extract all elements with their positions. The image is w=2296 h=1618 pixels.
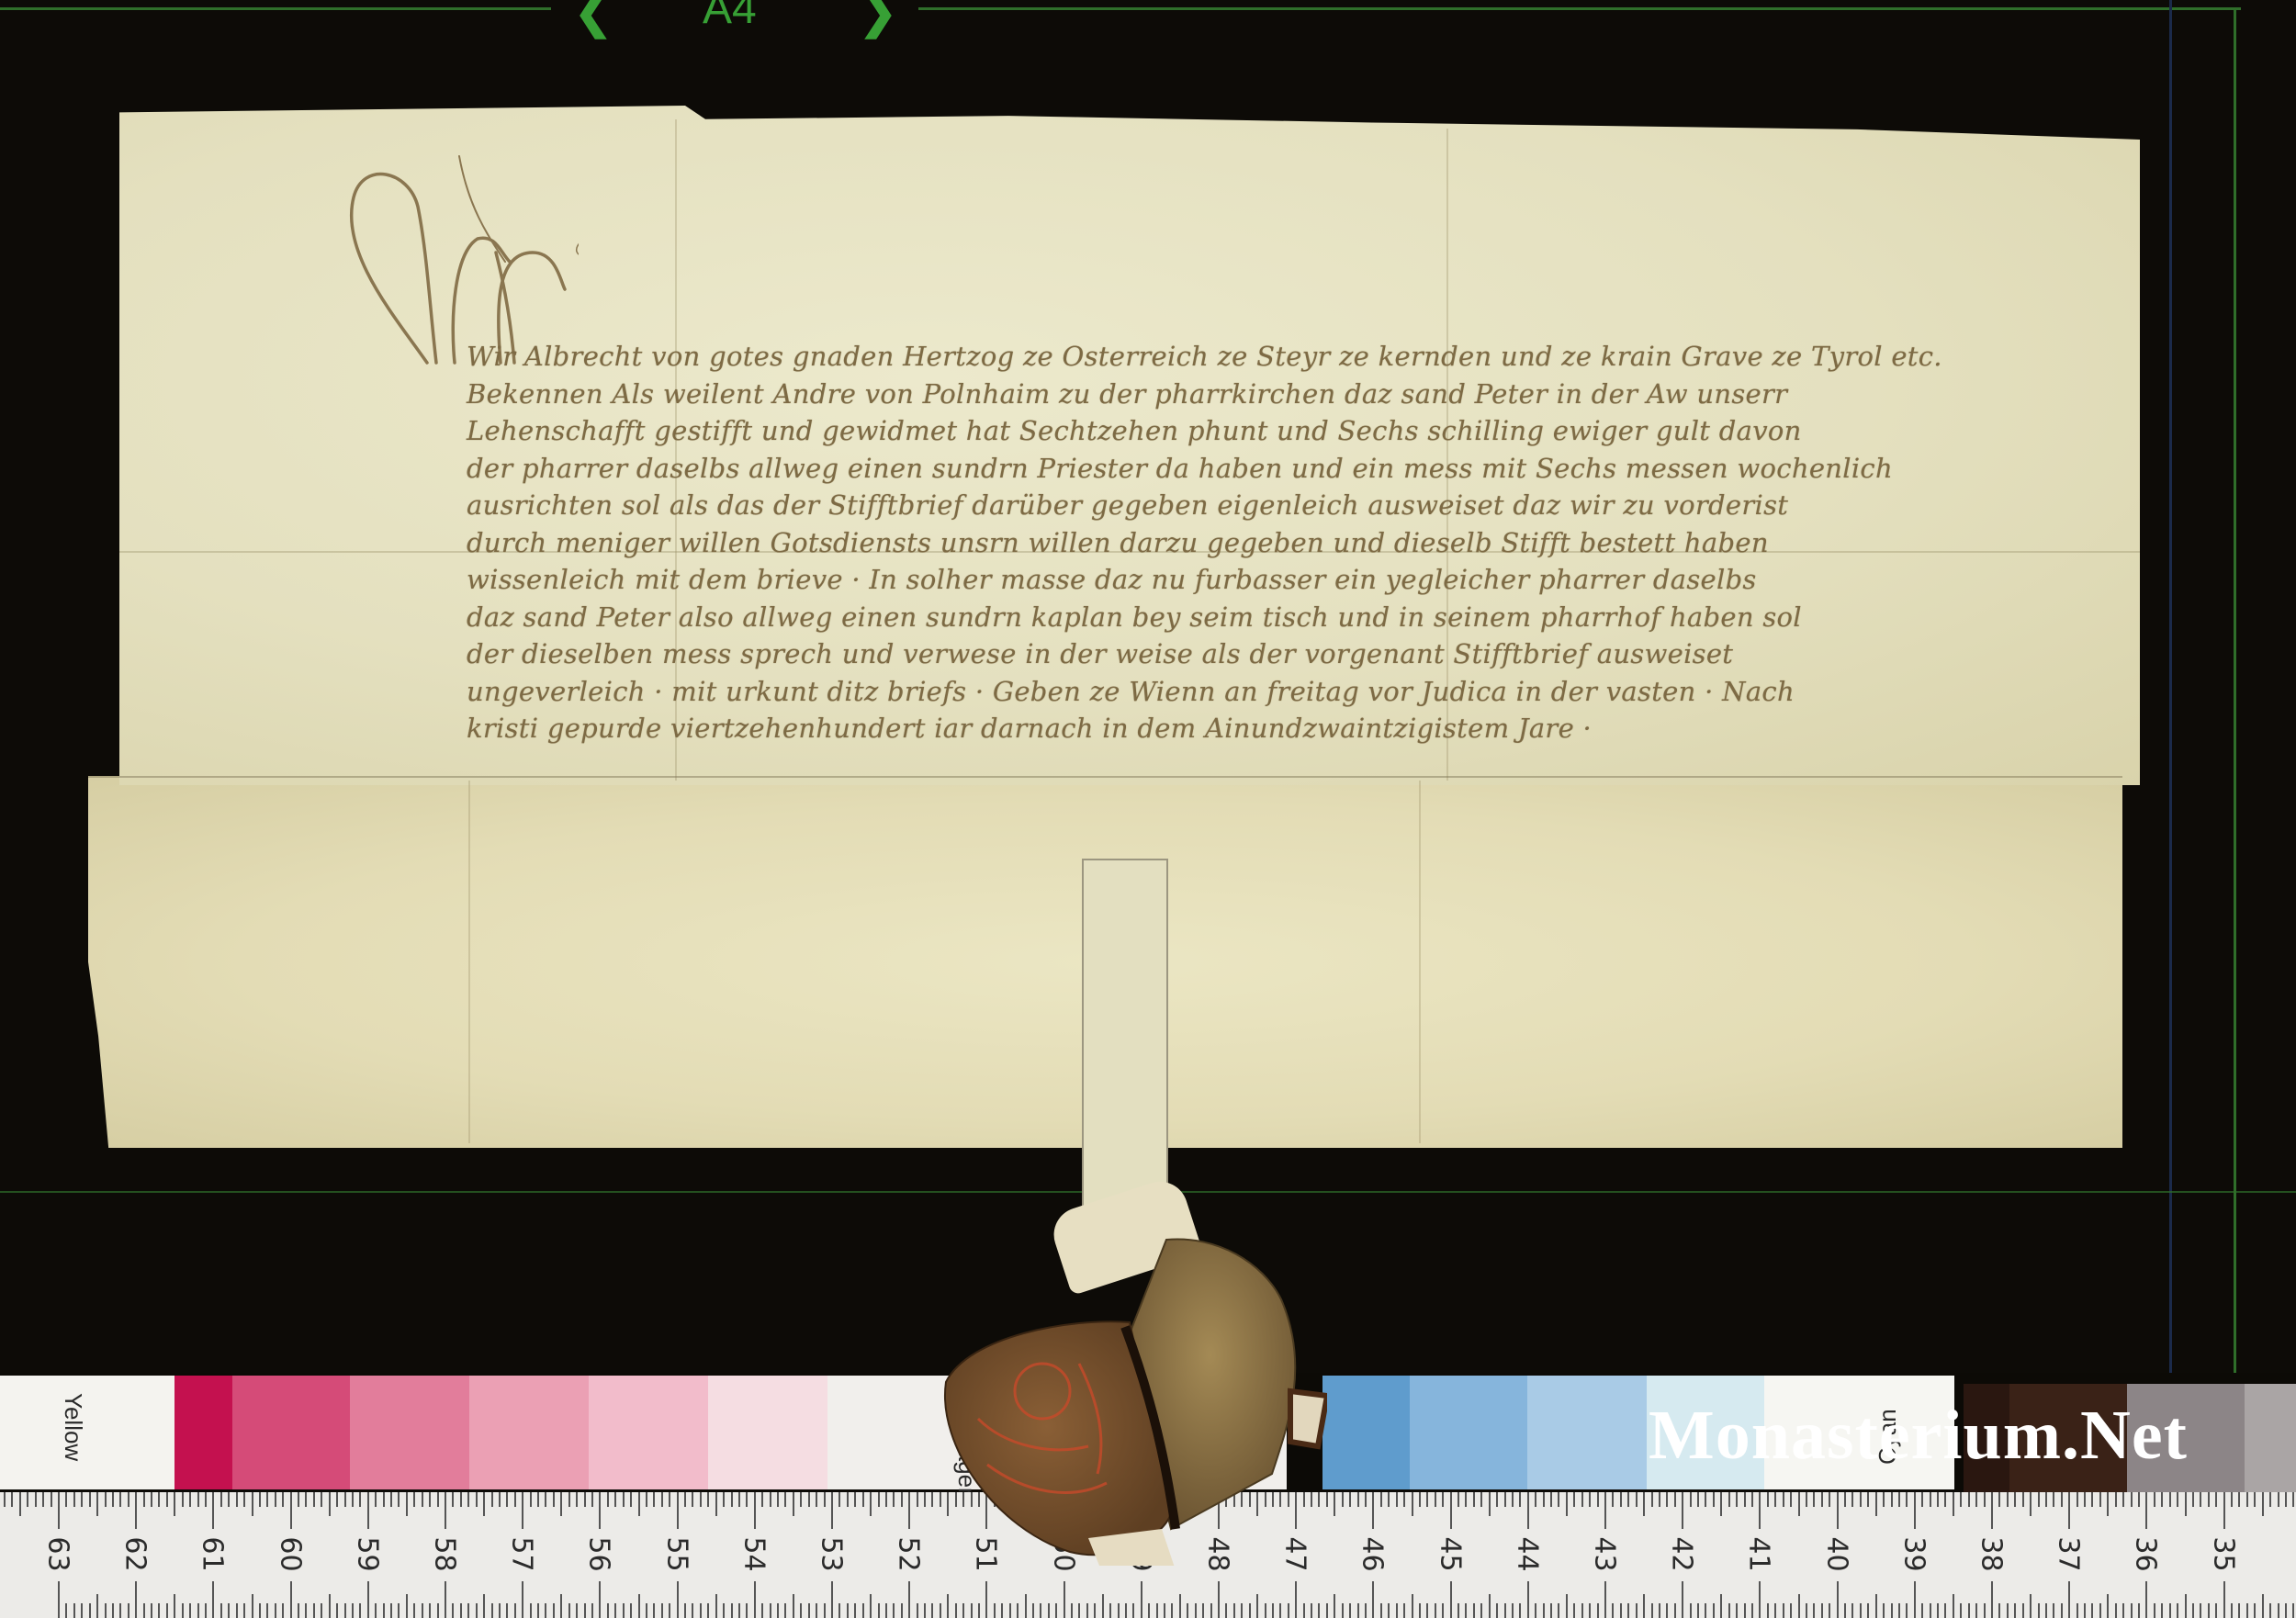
ruler-tick: [1442, 1603, 1444, 1618]
ruler-tick: [1627, 1603, 1629, 1618]
ruler-tick: [1573, 1603, 1575, 1618]
ruler-tick: [1620, 1492, 1622, 1507]
ruler-tick: [2099, 1603, 2101, 1618]
ruler-tick: [1914, 1581, 1916, 1618]
ruler-tick: [1813, 1603, 1815, 1618]
ruler-tick: [1666, 1492, 1668, 1507]
ruler-tick: [1458, 1492, 1459, 1507]
ruler-tick: [375, 1492, 377, 1507]
ruler-tick: [931, 1492, 933, 1507]
ruler-tick: [119, 1603, 121, 1618]
ruler-tick: [1937, 1603, 1939, 1618]
ruler-tick: [1326, 1603, 1328, 1618]
ruler-tick: [1357, 1492, 1359, 1507]
ruler-tick: [359, 1603, 361, 1618]
ruler-tick: [1682, 1581, 1683, 1618]
ruler-tick: [445, 1492, 446, 1529]
ruler-tick: [81, 1603, 83, 1618]
ruler-tick: [1303, 1603, 1305, 1618]
ruler-tick: [128, 1603, 129, 1618]
ruler-tick: [452, 1603, 454, 1618]
ruler-tick: [1581, 1492, 1583, 1507]
ruler-tick: [2215, 1603, 2217, 1618]
ruler-tick: [205, 1492, 207, 1507]
ruler-tick: [158, 1603, 160, 1618]
ruler-tick: [1837, 1492, 1839, 1529]
ruler-tick: [1342, 1603, 1344, 1618]
ruler-tick: [228, 1603, 230, 1618]
ruler-tick: [2185, 1492, 2187, 1516]
ruler-tick: [901, 1603, 903, 1618]
ruler-tick: [1233, 1603, 1235, 1618]
ruler-tick: [305, 1492, 307, 1507]
ruler-tick: [978, 1603, 980, 1618]
ruler-tick: [96, 1492, 98, 1516]
ruler-tick: [1968, 1492, 1970, 1507]
ruler-tick: [422, 1492, 423, 1507]
ruler-tick: [1249, 1603, 1251, 1618]
ruler-tick: [2122, 1492, 2124, 1507]
ruler-tick: [112, 1603, 114, 1618]
ruler-tick: [669, 1492, 670, 1507]
ruler-tick: [1543, 1603, 1545, 1618]
ruler-tick: [1465, 1492, 1467, 1507]
ruler-number: 62: [119, 1536, 152, 1573]
arrow-left-icon: ❮: [574, 0, 613, 39]
ruler-tick: [2269, 1492, 2271, 1507]
ruler-tick: [1604, 1581, 1606, 1618]
ruler-tick: [1783, 1603, 1784, 1618]
ruler-tick: [1435, 1603, 1436, 1618]
ruler-tick: [885, 1603, 887, 1618]
ruler-tick: [623, 1603, 625, 1618]
ruler-tick: [1705, 1603, 1706, 1618]
ruler-tick: [924, 1603, 926, 1618]
ruler-tick: [1403, 1603, 1405, 1618]
ruler-tick: [2238, 1603, 2240, 1618]
ruler-tick: [1357, 1603, 1359, 1618]
ruler-tick: [437, 1492, 439, 1507]
ruler-tick: [2007, 1492, 2009, 1507]
ruler-tick: [1102, 1594, 1104, 1618]
ruler-tick: [305, 1603, 307, 1618]
ruler-tick: [1442, 1492, 1444, 1507]
ruler-tick: [1860, 1603, 1862, 1618]
ruler-tick: [197, 1603, 199, 1618]
ruler-tick: [483, 1594, 485, 1618]
ruler-tick: [614, 1492, 616, 1507]
ruler-tick: [1032, 1603, 1034, 1618]
ruler-tick: [298, 1492, 299, 1507]
ruler-tick: [2231, 1603, 2233, 1618]
ruler-tick: [344, 1492, 346, 1507]
scanner-guide-top-left: [0, 7, 551, 10]
ruler-tick: [1334, 1492, 1335, 1516]
ruler-tick: [398, 1603, 400, 1618]
ruler-tick: [854, 1603, 856, 1618]
ruler-tick: [1295, 1581, 1297, 1618]
ruler-tick: [1349, 1492, 1351, 1507]
ruler-tick: [81, 1492, 83, 1507]
ruler-tick: [1891, 1603, 1893, 1618]
ruler-tick: [19, 1492, 21, 1516]
ruler-tick: [1202, 1603, 1204, 1618]
ruler-tick: [2030, 1594, 2032, 1618]
ruler-tick: [1450, 1492, 1452, 1529]
ruler-tick: [824, 1492, 826, 1507]
cyan-patch: [1527, 1376, 1647, 1489]
ruler-tick: [422, 1603, 423, 1618]
yellow-label: Yellow: [59, 1393, 87, 1461]
ruler-tick: [2215, 1492, 2217, 1507]
ruler-tick: [197, 1492, 199, 1507]
ruler-tick: [1844, 1492, 1846, 1507]
ruler-tick: [731, 1603, 733, 1618]
ruler-tick: [313, 1603, 315, 1618]
ruler-tick: [770, 1492, 771, 1507]
ruler-tick: [352, 1603, 354, 1618]
wax-seal: [941, 1235, 1327, 1566]
ruler-tick: [1535, 1492, 1536, 1507]
ruler-tick: [313, 1492, 315, 1507]
ruler-tick: [1720, 1492, 1722, 1516]
ruler-tick: [367, 1492, 369, 1529]
ruler-tick: [924, 1492, 926, 1507]
ruler-tick: [151, 1603, 152, 1618]
ruler-tick: [2145, 1581, 2147, 1618]
ruler-tick: [1975, 1492, 1977, 1507]
ruler-tick: [2177, 1492, 2178, 1507]
ruler-tick: [1365, 1492, 1367, 1507]
ruler-tick: [135, 1492, 137, 1529]
ruler-tick: [1094, 1603, 1096, 1618]
ruler-tick: [1783, 1492, 1784, 1507]
ruler-tick: [1473, 1603, 1475, 1618]
ruler-tick: [800, 1492, 802, 1507]
ruler-tick: [105, 1492, 107, 1507]
ruler-tick: [1806, 1492, 1807, 1507]
ruler-tick: [638, 1594, 640, 1618]
ruler-tick: [1504, 1492, 1506, 1507]
ruler-tick: [1017, 1603, 1019, 1618]
ruler-tick: [1728, 1603, 1730, 1618]
ruler-tick: [560, 1594, 562, 1618]
ruler-tick: [352, 1492, 354, 1507]
ruler-tick: [1690, 1492, 1692, 1507]
ruler-tick: [259, 1492, 261, 1507]
ruler-tick: [321, 1603, 322, 1618]
ruler-tick: [1620, 1603, 1622, 1618]
ruler-tick: [522, 1492, 523, 1529]
ruler-tick: [917, 1603, 918, 1618]
ruler-tick: [1412, 1594, 1413, 1618]
ruler-tick: [1612, 1603, 1614, 1618]
ruler-tick: [1984, 1603, 1986, 1618]
magenta-patch: [469, 1376, 589, 1489]
ruler-tick: [1597, 1603, 1599, 1618]
ruler-tick: [1944, 1492, 1946, 1507]
ruler-number: 61: [197, 1536, 229, 1573]
ruler-tick: [1636, 1492, 1638, 1507]
ruler-tick: [1953, 1594, 1954, 1618]
ruler-number: 36: [2130, 1536, 2162, 1573]
ruler-tick: [1806, 1603, 1807, 1618]
ruler-tick: [560, 1492, 562, 1516]
ruler-tick: [1860, 1492, 1862, 1507]
ruler-tick: [205, 1603, 207, 1618]
text-line: durch meniger willen Gotsdiensts unsrn w…: [467, 524, 2009, 562]
ruler-tick: [1566, 1492, 1568, 1516]
ruler-tick: [143, 1492, 145, 1507]
ruler-tick: [2262, 1594, 2264, 1618]
ruler-tick: [128, 1492, 129, 1507]
ruler-tick: [2185, 1594, 2187, 1618]
ruler-tick: [1968, 1603, 1970, 1618]
ruler-tick: [777, 1492, 779, 1507]
ruler-tick: [684, 1492, 686, 1507]
ruler-tick: [158, 1492, 160, 1507]
ruler-tick: [870, 1594, 872, 1618]
scanner-guide-right-blue: [2169, 0, 2172, 1373]
ruler-tick: [931, 1603, 933, 1618]
ruler-tick: [1048, 1603, 1050, 1618]
ruler-tick: [406, 1492, 408, 1516]
ruler-tick: [282, 1492, 284, 1507]
ruler-tick: [1728, 1492, 1730, 1507]
ruler-tick: [1659, 1603, 1660, 1618]
ruler-tick: [1991, 1492, 1993, 1529]
ruler-tick: [653, 1603, 655, 1618]
a4-label: A4: [703, 0, 757, 34]
ruler-tick: [1774, 1492, 1776, 1507]
ruler-tick: [1636, 1603, 1638, 1618]
ruler-tick: [460, 1603, 462, 1618]
ruler-tick: [1288, 1603, 1289, 1618]
ruler-tick: [2022, 1603, 2024, 1618]
ruler-number: 38: [1975, 1536, 2008, 1573]
ruler-tick: [383, 1492, 385, 1507]
text-line: Lehenschafft gestifft und gewidmet hat S…: [467, 412, 2009, 450]
ruler-tick: [940, 1603, 941, 1618]
ruler-tick: [476, 1492, 478, 1507]
ruler-tick: [917, 1492, 918, 1507]
ruler-tick: [607, 1492, 609, 1507]
ruler-tick: [591, 1603, 593, 1618]
ruler-tick: [661, 1603, 663, 1618]
ruler-tick: [870, 1492, 872, 1516]
ruler-tick: [1311, 1603, 1312, 1618]
ruler-tick: [553, 1603, 555, 1618]
ruler-tick: [499, 1492, 501, 1507]
ruler-tick: [1412, 1492, 1413, 1516]
ruler-tick: [336, 1492, 338, 1507]
ruler-tick: [1713, 1492, 1715, 1507]
ruler-tick: [847, 1492, 849, 1507]
yellow-label-patch: [0, 1376, 174, 1489]
ruler-tick: [1118, 1603, 1120, 1618]
ruler-tick: [653, 1492, 655, 1507]
ruler-tick: [1991, 1581, 1993, 1618]
ruler-tick: [2014, 1492, 2016, 1507]
ruler-tick: [42, 1492, 44, 1507]
ruler-tick: [1906, 1492, 1908, 1507]
ruler-tick: [1109, 1603, 1111, 1618]
ruler-tick: [2154, 1492, 2155, 1507]
text-line: Wir Albrecht von gotes gnaden Hertzog ze…: [467, 338, 2009, 376]
ruler-tick: [1984, 1492, 1986, 1507]
ruler-tick: [808, 1492, 810, 1507]
ruler-tick: [1566, 1594, 1568, 1618]
ruler-tick: [398, 1492, 400, 1507]
ruler-tick: [1597, 1492, 1599, 1507]
ruler-tick: [2278, 1492, 2279, 1507]
ruler-number: 58: [429, 1536, 461, 1573]
ruler-tick: [878, 1492, 880, 1507]
ruler-tick: [1535, 1603, 1536, 1618]
ruler-tick: [576, 1492, 578, 1507]
ruler-tick: [761, 1603, 763, 1618]
ruler-tick: [243, 1492, 245, 1507]
ruler-tick: [707, 1603, 709, 1618]
ruler-tick: [1851, 1603, 1853, 1618]
ruler-tick: [73, 1603, 75, 1618]
ruler-tick: [838, 1603, 840, 1618]
ruler-tick: [1790, 1603, 1792, 1618]
ruler-tick: [1898, 1603, 1900, 1618]
ruler-tick: [282, 1603, 284, 1618]
a4-format-marker: ❮ A4 ❯: [565, 0, 914, 29]
ruler-tick: [784, 1603, 786, 1618]
ruler-tick: [692, 1492, 693, 1507]
ruler-tick: [1372, 1492, 1374, 1529]
ruler-tick: [831, 1492, 833, 1529]
ruler-number: 52: [893, 1536, 925, 1573]
ruler-tick: [1589, 1492, 1591, 1507]
ruler-tick: [2077, 1492, 2078, 1507]
ruler-tick: [1388, 1603, 1390, 1618]
ruler-tick: [2084, 1603, 2086, 1618]
ruler-tick: [1171, 1603, 1173, 1618]
ruler-tick: [1774, 1603, 1776, 1618]
ruler-tick: [1009, 1603, 1011, 1618]
ruler-tick: [1914, 1492, 1916, 1529]
ruler-tick: [1225, 1603, 1227, 1618]
ruler-tick: [1937, 1492, 1939, 1507]
ruler-tick: [2192, 1603, 2194, 1618]
ruler-tick: [406, 1594, 408, 1618]
ruler-tick: [646, 1492, 647, 1507]
ruler-tick: [445, 1581, 446, 1618]
ruler-tick: [1365, 1603, 1367, 1618]
ruler-tick: [2053, 1492, 2054, 1507]
ruler-tick: [854, 1492, 856, 1507]
text-line: kristi gepurde viertzehenhundert iar dar…: [467, 710, 2009, 747]
ruler-tick: [1906, 1603, 1908, 1618]
ruler-tick: [2045, 1492, 2047, 1507]
ruler-tick: [1829, 1603, 1830, 1618]
ruler-tick: [252, 1492, 253, 1516]
ruler-tick: [893, 1492, 895, 1507]
ruler-tick: [2254, 1603, 2256, 1618]
ruler-tick: [1148, 1603, 1150, 1618]
ruler-tick: [1705, 1492, 1706, 1507]
ruler-tick: [2246, 1603, 2248, 1618]
ruler-tick: [266, 1492, 268, 1507]
ruler-tick: [545, 1603, 546, 1618]
ruler-number: 57: [506, 1536, 538, 1573]
ruler-tick: [2022, 1492, 2024, 1507]
ruler-tick: [1396, 1603, 1398, 1618]
ruler-tick: [1837, 1581, 1839, 1618]
ruler-tick: [692, 1603, 693, 1618]
ruler-tick: [1040, 1603, 1041, 1618]
ruler-tick: [1334, 1594, 1335, 1618]
text-line: ungeverleich · mit urkunt ditz briefs · …: [467, 673, 2009, 711]
ruler-tick: [65, 1492, 67, 1507]
ruler-tick: [243, 1603, 245, 1618]
ruler-tick: [2192, 1492, 2194, 1507]
ruler-tick: [1480, 1492, 1482, 1507]
ruler-tick: [908, 1492, 910, 1529]
ruler-tick: [777, 1603, 779, 1618]
ruler-tick: [1342, 1492, 1344, 1507]
ruler-number: 53: [816, 1536, 848, 1573]
ruler-tick: [290, 1581, 292, 1618]
ruler-tick: [1179, 1594, 1181, 1618]
ruler-tick: [878, 1603, 880, 1618]
ruler-tick: [506, 1603, 508, 1618]
ruler-tick: [344, 1603, 346, 1618]
ruler-tick: [2231, 1492, 2233, 1507]
ruler-tick: [2177, 1603, 2178, 1618]
ruler-tick: [390, 1603, 392, 1618]
ruler-tick: [1627, 1492, 1629, 1507]
ruler-tick: [1944, 1603, 1946, 1618]
ruler-tick: [2161, 1603, 2163, 1618]
ruler-tick: [599, 1492, 601, 1529]
ruler-tick: [1504, 1603, 1506, 1618]
ruler-tick: [715, 1594, 717, 1618]
ruler-tick: [298, 1603, 299, 1618]
ruler-tick: [985, 1581, 987, 1618]
ruler-tick: [2278, 1603, 2279, 1618]
ruler-tick: [2068, 1581, 2070, 1618]
ruler-tick: [824, 1603, 826, 1618]
ruler-tick: [112, 1492, 114, 1507]
text-line: Bekennen Als weilent Andre von Polnhaim …: [467, 376, 2009, 413]
ruler-tick: [1458, 1603, 1459, 1618]
ruler-tick: [1450, 1581, 1452, 1618]
ruler-tick: [1744, 1492, 1746, 1507]
fold-line: [1419, 781, 1421, 1143]
ruler-tick: [2122, 1603, 2124, 1618]
ruler-tick: [174, 1492, 175, 1516]
ruler-tick: [1071, 1603, 1073, 1618]
ruler-tick: [2038, 1492, 2040, 1507]
ruler-tick: [908, 1581, 910, 1618]
ruler-tick: [2131, 1492, 2133, 1507]
ruler-tick: [1643, 1594, 1645, 1618]
ruler-tick: [947, 1594, 949, 1618]
ruler-tick: [2285, 1492, 2287, 1507]
ruler-tick: [1821, 1492, 1823, 1507]
ruler-tick: [2262, 1492, 2264, 1516]
ruler-tick: [89, 1603, 91, 1618]
ruler-tick: [1891, 1492, 1893, 1507]
ruler-tick: [553, 1492, 555, 1507]
arrow-right-icon: ❯: [859, 0, 897, 39]
ruler-tick: [800, 1603, 802, 1618]
